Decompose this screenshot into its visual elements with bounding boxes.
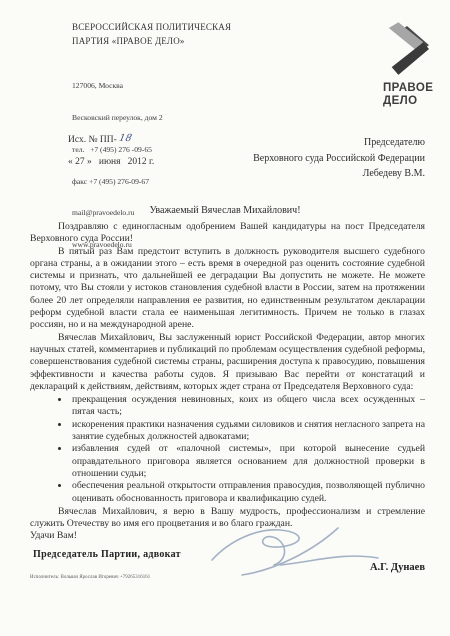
reference-block: Исх. № ПП- 18 « 27 » июня 2012 г. bbox=[68, 133, 154, 168]
outgoing-number-handwritten: 18 bbox=[118, 132, 134, 144]
salutation: Уважаемый Вячеслав Михайлович! bbox=[0, 205, 450, 216]
scanned-letter-page: ВСЕРОССИЙСКАЯ ПОЛИТИЧЕСКАЯ ПАРТИЯ «ПРАВО… bbox=[0, 0, 450, 636]
postal-address-street: Весковский переулок, дом 2 bbox=[72, 113, 163, 124]
body-paragraph: Поздравляю с единогласным одобрением Ваш… bbox=[30, 221, 425, 246]
fax-number: факс +7 (495) 276-09-67 bbox=[72, 177, 163, 188]
logo-text-line2: ДЕЛО bbox=[383, 95, 433, 108]
body-paragraph: Вячеслав Михайлович, Вы заслуженный юрис… bbox=[30, 332, 425, 393]
addressee-organization: Верховного суда Российской Федерации bbox=[165, 151, 425, 167]
outgoing-number-label: Исх. № ПП- bbox=[68, 135, 117, 145]
letter-body: Поздравляю с единогласным одобрением Ваш… bbox=[30, 221, 425, 543]
party-name-line2: ПАРТИЯ «ПРАВОЕ ДЕЛО» bbox=[72, 35, 231, 49]
logo-text-line1: ПРАВОЕ bbox=[383, 82, 433, 95]
letter-date: « 27 » июня 2012 г. bbox=[68, 156, 154, 168]
list-item: обеспечения реальной открытости отправле… bbox=[70, 480, 425, 505]
party-name-line1: ВСЕРОССИЙСКАЯ ПОЛИТИЧЕСКАЯ bbox=[72, 21, 231, 35]
letterhead-party-name: ВСЕРОССИЙСКАЯ ПОЛИТИЧЕСКАЯ ПАРТИЯ «ПРАВО… bbox=[72, 21, 231, 48]
addressee-name: Лебедеву В.М. bbox=[165, 166, 425, 182]
sender-name: А.Г. Дунаев bbox=[370, 562, 425, 573]
list-item: избавления судей от «палочной системы», … bbox=[70, 443, 425, 480]
party-logo: ПРАВОЕ ДЕЛО bbox=[383, 20, 433, 108]
list-item: прекращения осуждения невиновных, коих и… bbox=[70, 394, 425, 419]
executor-note: Исполнитель: Вольвач Ярослав Игоревич +7… bbox=[30, 575, 150, 580]
postal-address-city: 127006, Москва bbox=[72, 81, 163, 92]
outgoing-number-line: Исх. № ПП- 18 bbox=[68, 133, 154, 146]
demands-list: прекращения осуждения невиновных, коих и… bbox=[30, 394, 425, 505]
arrow-chevron-icon bbox=[383, 20, 433, 78]
body-paragraph: В пятый раз Вам предстоит вступить в дол… bbox=[30, 246, 425, 332]
handwritten-signature bbox=[190, 512, 390, 589]
addressee-block: Председателю Верховного суда Российской … bbox=[165, 135, 425, 182]
list-item: искоренения практики назначения судьями … bbox=[70, 419, 425, 444]
party-logo-text: ПРАВОЕ ДЕЛО bbox=[383, 82, 433, 108]
addressee-title: Председателю bbox=[165, 135, 425, 151]
sender-position: Председатель Партии, адвокат bbox=[33, 549, 181, 560]
